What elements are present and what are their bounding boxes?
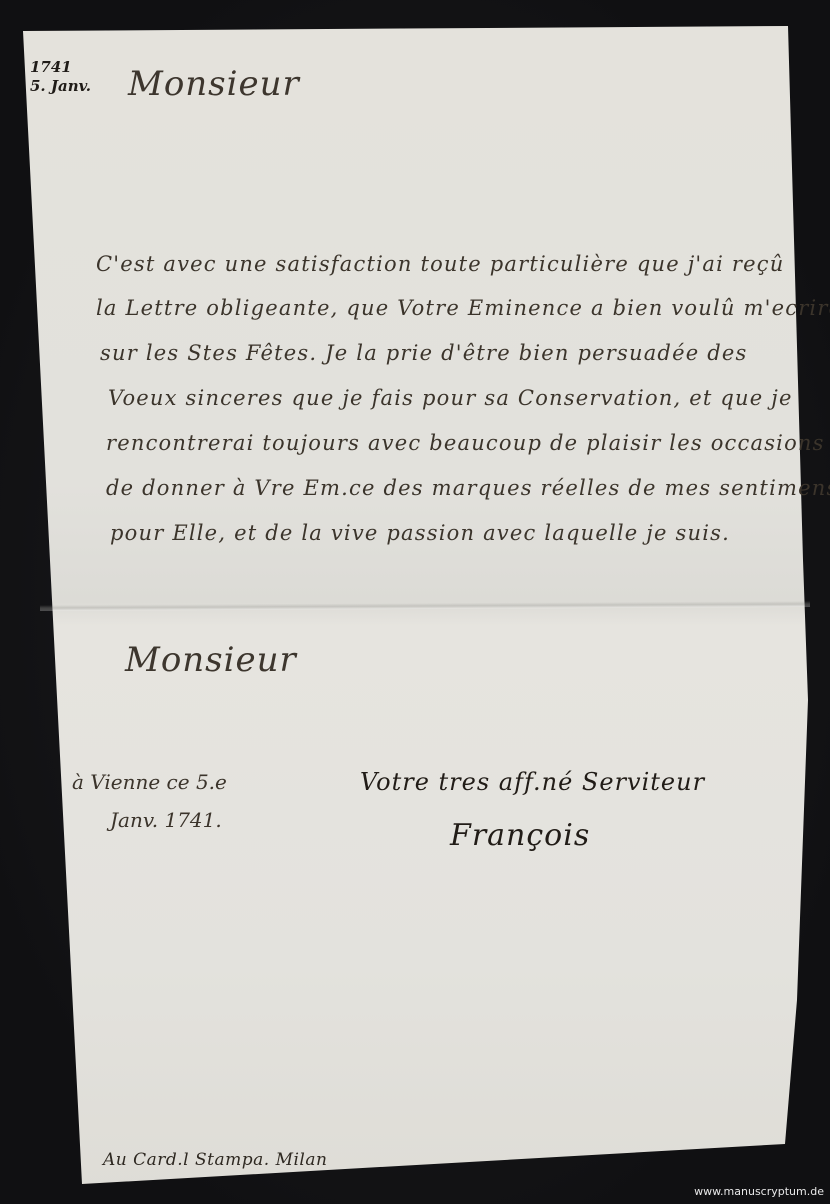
- salutation-top: Monsieur: [128, 60, 300, 104]
- signature: François: [450, 818, 590, 853]
- body-line-6: de donner à Vre Em.ce des marques réelle…: [106, 476, 830, 500]
- recipient-address: Au Card.l Stampa. Milan: [103, 1150, 327, 1170]
- body-line-4: Voeux sinceres que je fais pour sa Conse…: [108, 386, 793, 410]
- place-date-line2: Janv. 1741.: [110, 808, 227, 832]
- salutation-top-text: Monsieur: [128, 64, 300, 104]
- archive-note-year: 1741: [30, 58, 91, 77]
- body-line-2: la Lettre obligeante, que Votre Eminence…: [96, 296, 830, 320]
- body-line-5: rencontrerai toujours avec beaucoup de p…: [106, 431, 825, 455]
- place-date: à Vienne ce 5.e Janv. 1741.: [72, 770, 227, 832]
- salutation-bottom: Monsieur: [125, 636, 297, 680]
- body-line-3: sur les Stes Fêtes. Je la prie d'être bi…: [100, 341, 747, 365]
- place-date-line1: à Vienne ce 5.e: [72, 770, 227, 794]
- body-line-1: C'est avec une satisfaction toute partic…: [96, 252, 784, 276]
- archive-note: 1741 5. Janv.: [30, 58, 91, 96]
- archive-note-date: 5. Janv.: [30, 77, 91, 96]
- watermark: www.manuscryptum.de: [694, 1185, 824, 1198]
- body-line-7: pour Elle, et de la vive passion avec la…: [110, 521, 730, 545]
- closing-line: Votre tres aff.né Serviteur: [360, 768, 705, 796]
- salutation-bottom-text: Monsieur: [125, 640, 297, 680]
